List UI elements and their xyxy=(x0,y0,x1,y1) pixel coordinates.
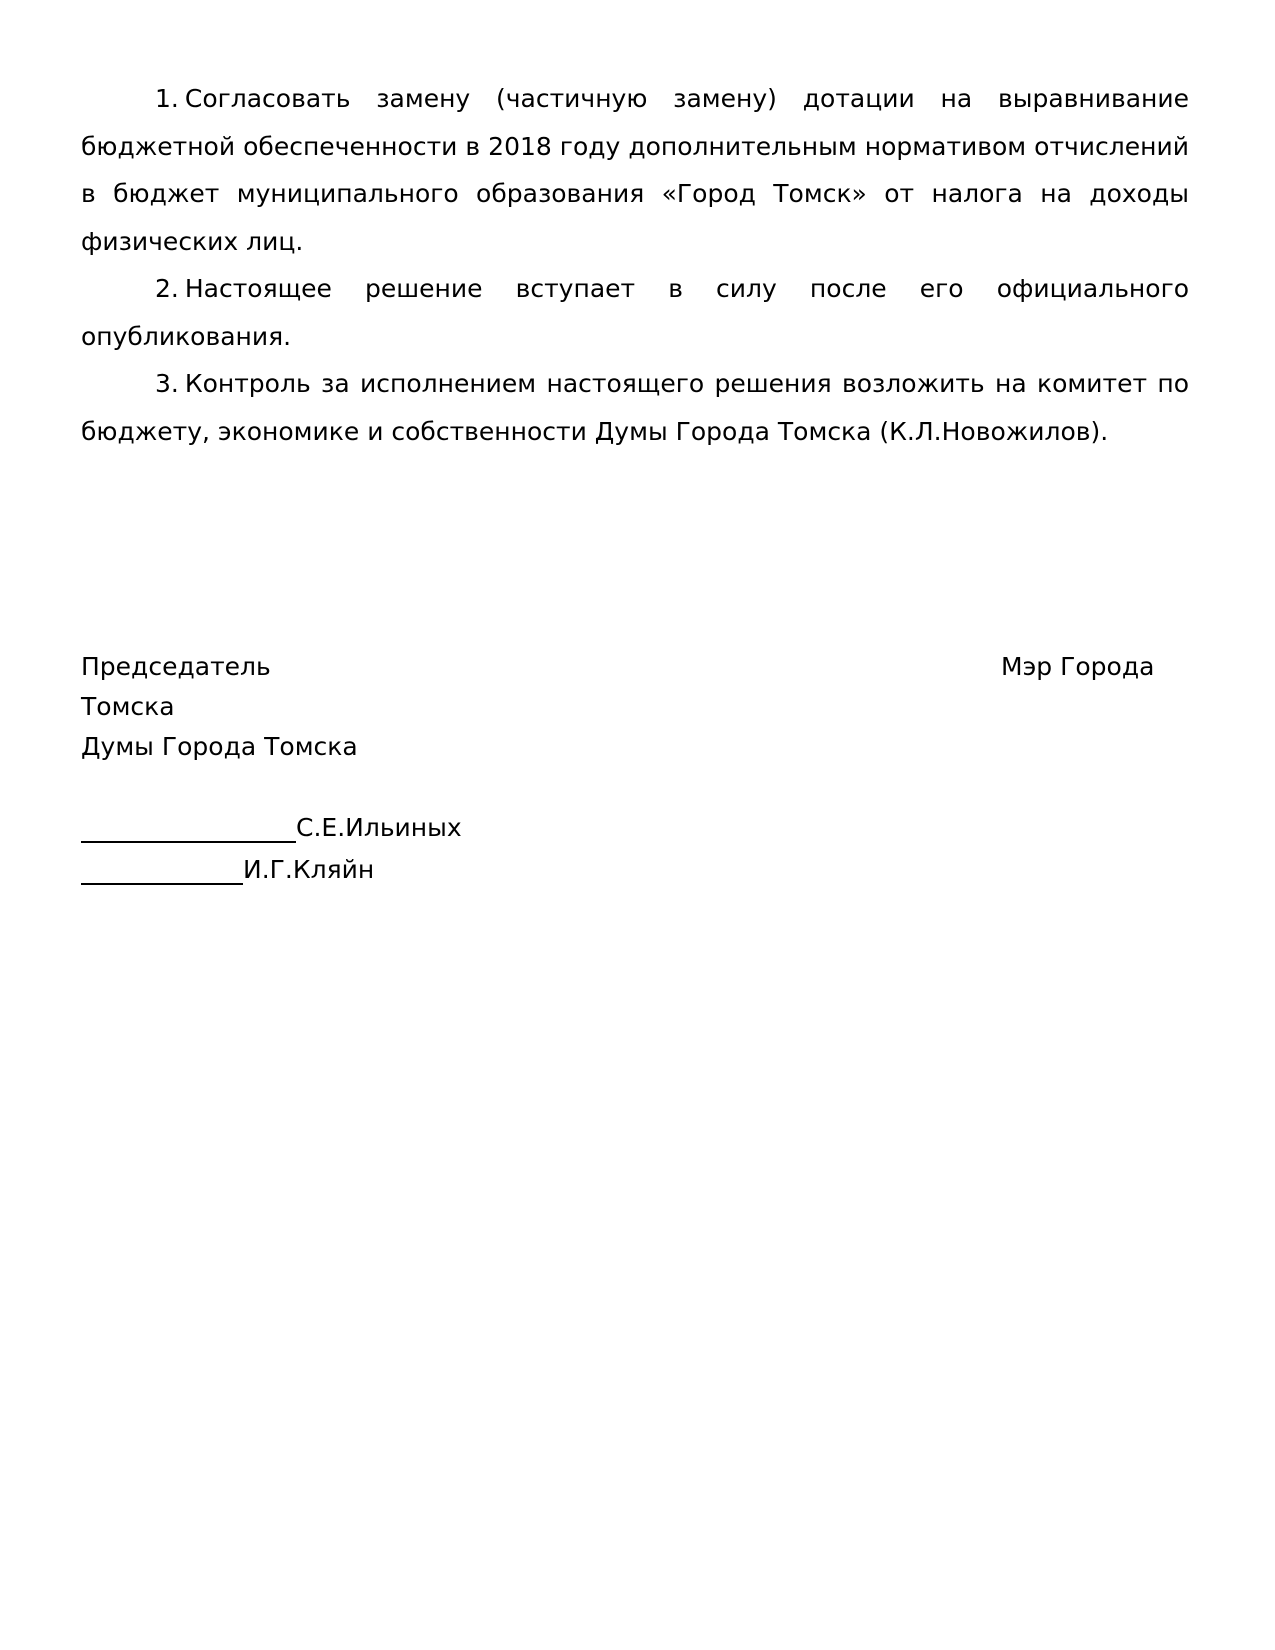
paragraph-number: 1. xyxy=(155,84,179,113)
signature-blank xyxy=(81,811,296,843)
paragraph-number: 2. xyxy=(155,274,179,303)
mayor-title: Мэр Города xyxy=(1001,647,1154,687)
paragraph-text: Контроль за исполнением настоящего решен… xyxy=(81,369,1189,446)
paragraph-text: Согласовать замену (частичную замену) до… xyxy=(81,84,1189,256)
signer-name: С.Е.Ильиных xyxy=(296,807,462,849)
chairman-title-line-2: Томска xyxy=(81,687,358,727)
chairman-title-line-1: Председатель xyxy=(81,647,358,687)
document-page: 1.Согласовать замену (частичную замену) … xyxy=(0,0,1275,1650)
decision-body: 1.Согласовать замену (частичную замену) … xyxy=(81,75,1189,455)
signature-blank xyxy=(81,853,243,885)
chairman-title-block: Председатель Томска Думы Города Томска xyxy=(81,647,358,767)
paragraph-number: 3. xyxy=(155,369,179,398)
chairman-title-line-3: Думы Города Томска xyxy=(81,727,358,767)
signature-row-klyain: И.Г.Кляйн xyxy=(81,849,462,891)
signer-name: И.Г.Кляйн xyxy=(243,849,374,891)
paragraph-3: 3.Контроль за исполнением настоящего реш… xyxy=(81,360,1189,455)
signature-lines: С.Е.Ильиных И.Г.Кляйн xyxy=(81,807,462,891)
signature-row-ilinykh: С.Е.Ильиных xyxy=(81,807,462,849)
paragraph-1: 1.Согласовать замену (частичную замену) … xyxy=(81,75,1189,265)
paragraph-text: Настоящее решение вступает в силу после … xyxy=(81,274,1189,351)
paragraph-2: 2.Настоящее решение вступает в силу посл… xyxy=(81,265,1189,360)
